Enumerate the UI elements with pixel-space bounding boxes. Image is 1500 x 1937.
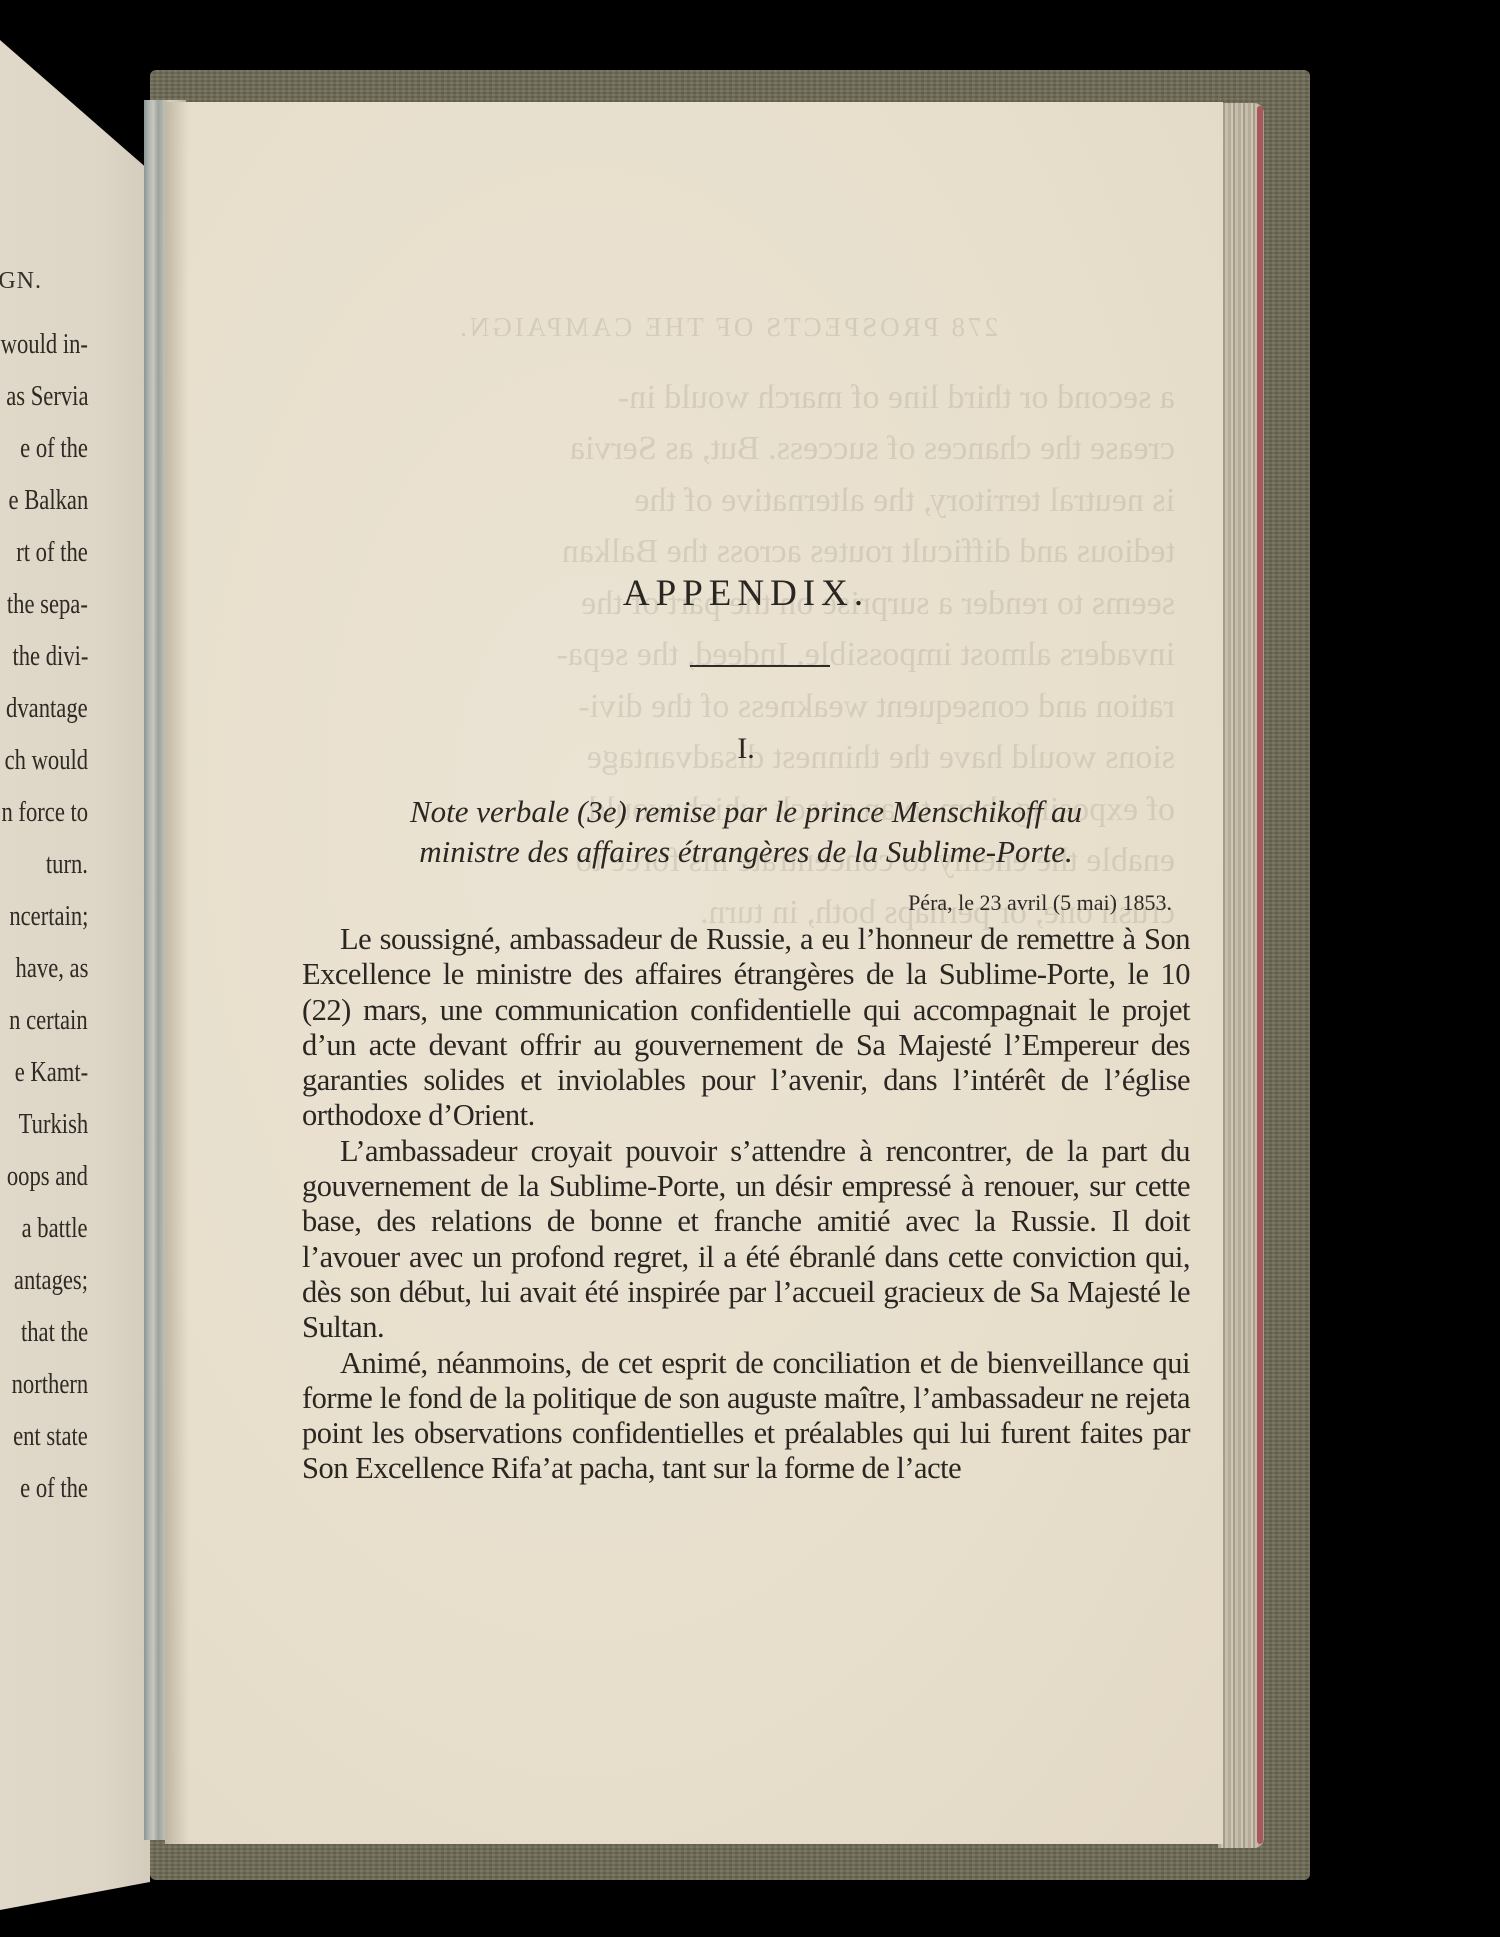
left-line: dvantage [6, 692, 88, 725]
left-line: would in- [1, 328, 88, 361]
left-line: rt of the [16, 536, 88, 569]
paragraph: Le soussigné, ambassadeur de Russie, a e… [302, 922, 1190, 1134]
document-title-line-2: ministre des affaires étrangères de la S… [302, 832, 1190, 872]
left-line: oops and [7, 1160, 88, 1193]
left-line: ncertain; [9, 900, 88, 933]
left-line: northern [11, 1368, 88, 1401]
red-page-edge [1257, 106, 1263, 1844]
left-line: e of the [20, 1472, 88, 1505]
body-text: Le soussigné, ambassadeur de Russie, a e… [302, 922, 1190, 1487]
heading-rule-divider [690, 665, 830, 667]
left-line: as Servia [6, 380, 88, 413]
left-line: ch would [4, 744, 88, 777]
left-line: e of the [20, 432, 88, 465]
bleed-line: ration and consequent weakness of the di… [280, 681, 1175, 733]
left-line: a battle [22, 1212, 88, 1245]
left-line: n certain [10, 1004, 88, 1037]
left-line: that the [21, 1316, 88, 1349]
page-heading: APPENDIX. [302, 572, 1190, 615]
left-line: turn. [46, 848, 88, 881]
dateline: Péra, le 23 avril (5 mai) 1853. [908, 890, 1172, 916]
left-line: have, as [15, 952, 88, 985]
left-line: e Balkan [8, 484, 88, 517]
left-line: ent state [13, 1420, 88, 1453]
left-line: antages; [14, 1264, 88, 1297]
section-number: I. [302, 732, 1190, 766]
bleed-line: a second or third line of march would in… [280, 372, 1175, 424]
bleed-running-header: 278 PROSPECTS OF THE CAMPAIGN. [280, 302, 1175, 354]
bleed-line: invaders almost impossible. Indeed, the … [280, 629, 1175, 681]
document-title-line-1: Note verbale (3e) remise par le prince M… [302, 792, 1190, 832]
left-running-header: GN. [0, 268, 42, 295]
paragraph: Animé, néanmoins, de cet esprit de conci… [302, 1346, 1190, 1487]
left-line: the divi- [12, 640, 88, 673]
left-line: Turkish [18, 1108, 88, 1141]
bleed-line: crease the chances of success. But, as S… [280, 423, 1175, 475]
left-facing-page: GN. would in- as Servia e of the e Balka… [0, 40, 150, 1910]
paragraph: L’ambassadeur croyait pouvoir s’attendre… [302, 1134, 1190, 1346]
left-line: e Kamt- [15, 1056, 88, 1089]
page-gutter-shadow [165, 102, 189, 1844]
left-page-text: GN. would in- as Servia e of the e Balka… [0, 40, 150, 1910]
left-line: the sepa- [7, 588, 88, 621]
left-line: n force to [1, 796, 88, 829]
bleed-line: tedious and difficult routes across the … [280, 526, 1175, 578]
main-page: 278 PROSPECTS OF THE CAMPAIGN. a second … [165, 102, 1223, 1844]
document-title: Note verbale (3e) remise par le prince M… [302, 792, 1190, 872]
bleed-line: is neutral territory, the alternative of… [280, 475, 1175, 527]
